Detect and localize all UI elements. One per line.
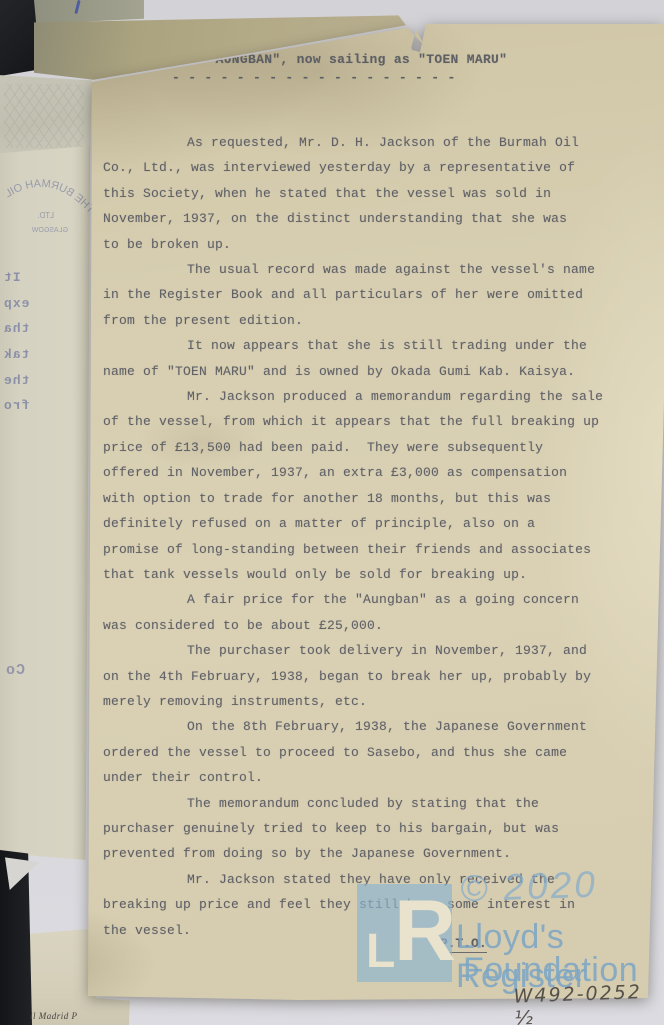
watermark-copyright: © 2020 [459,864,598,911]
title-dashed-underline: - - - - - - - - - - - - - - - - - - [172,70,456,85]
paragraph: The usual record was made against the ve… [103,257,633,333]
paragraph: A fair price for the "Aungban" as a goin… [103,587,633,638]
reference-annotation: W492-0252 ½ [513,980,664,1025]
document-title: s.s. "AUNGBAN", now sailing as "TOEN MAR… [167,52,507,67]
lr-logo: L R [357,884,452,982]
lr-logo-letter-r: R [394,882,456,981]
lr-logo-letter-l: L [366,924,395,979]
paragraph: The memorandum concluded by stating that… [103,791,633,867]
paragraph: As requested, Mr. D. H. Jackson of the B… [103,130,633,257]
paragraph: It now appears that she is still trading… [103,333,633,384]
paragraph: Mr. Jackson produced a memorandum regard… [103,384,633,587]
document-body: As requested, Mr. D. H. Jackson of the B… [103,130,633,943]
paragraph: The purchaser took delivery in November,… [103,638,633,714]
paragraph: On the 8th February, 1938, the Japanese … [103,714,633,790]
